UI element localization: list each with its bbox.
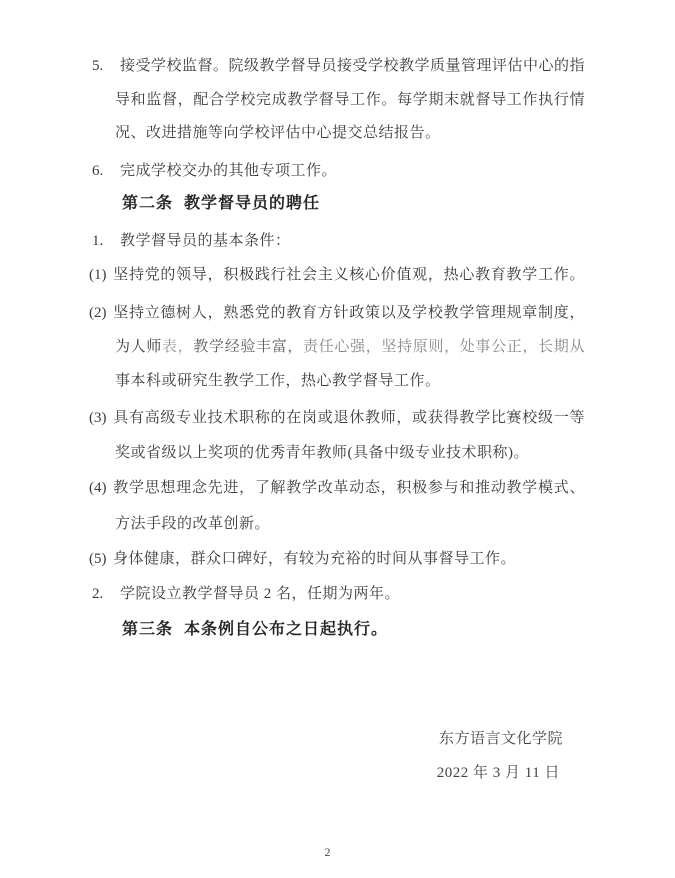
list-item-5-line-2: 导和监督，配合学校完成教学督导工作。每学期末就督导工作执行情 — [115, 90, 585, 110]
line-text: 况、改进措施等向学校评估中心提交总结报告。 — [115, 125, 441, 141]
heading-text: 教学督导员的聘任 — [184, 195, 320, 212]
item-number: (2) — [89, 303, 113, 323]
sub-item-4-line-2: 方法手段的改革创新。 — [115, 514, 585, 534]
item-number: 5. — [92, 56, 120, 76]
sub-item-1: (1)坚持党的领导，积极践行社会主义核心价值观，热心教育教学工作。 — [89, 265, 585, 285]
line-text: 导和监督，配合学校完成教学督导工作。每学期末就督导工作执行情 — [115, 92, 585, 108]
item-number: (3) — [89, 408, 113, 428]
line-text: 接受学校监督。院级教学督导员接受学校教学质量管理评估中心的指 — [120, 58, 585, 74]
section-heading-article-3: 第三条本条例自公布之日起执行。 — [122, 620, 388, 640]
sub-item-3-line-1: (3)具有高级专业技术职称的在岗或退休教师，或获得教学比赛校级一等 — [89, 408, 585, 428]
article-number: 第二条 — [122, 195, 173, 212]
list-item-1: 1.教学督导员的基本条件： — [92, 231, 585, 251]
page-number: 2 — [0, 845, 655, 860]
line-text: 事本科或研究生教学工作，热心教学督导工作。 — [115, 373, 441, 389]
line-text: 方法手段的改革创新。 — [115, 516, 270, 532]
line-text: 教学督导员的基本条件： — [120, 233, 291, 249]
line-text: 坚持党的领导，积极践行社会主义核心价值观，热心教育教学工作。 — [113, 267, 585, 283]
line-text: 学院设立教学督导员 2 名，任期为两年。 — [120, 586, 400, 602]
line-text-segment: 为人师 — [115, 339, 162, 355]
line-text: 身体健康，群众口碑好，有较为充裕的时间从事督导工作。 — [113, 551, 516, 567]
line-text: 完成学校交办的其他专项工作。 — [120, 163, 337, 179]
list-item-5-line-3: 况、改进措施等向学校评估中心提交总结报告。 — [115, 123, 585, 143]
item-number: (1) — [89, 265, 113, 285]
signature-organization: 东方语言文化学院 — [439, 727, 563, 748]
sub-item-4-line-1: (4)教学思想理念先进，了解教学改革动态，积极参与和推动教学模式、 — [89, 478, 585, 498]
item-number: 1. — [92, 231, 120, 251]
sub-item-5: (5)身体健康，群众口碑好，有较为充裕的时间从事督导工作。 — [89, 549, 585, 569]
line-text: 教学思想理念先进，了解教学改革动态，积极参与和推动教学模式、 — [113, 480, 585, 496]
item-number: (5) — [89, 549, 113, 569]
list-item-6: 6.完成学校交办的其他专项工作。 — [92, 161, 585, 181]
item-number: 2. — [92, 584, 120, 604]
document-page: 5.接受学校监督。院级教学督导员接受学校教学质量管理评估中心的指 导和监督，配合… — [0, 0, 675, 878]
line-text: 坚持立德树人，熟悉党的教育方针政策以及学校教学管理规章制度， — [113, 305, 585, 321]
heading-text: 本条例自公布之日起执行。 — [184, 621, 388, 638]
sub-item-2-line-1: (2)坚持立德树人，熟悉党的教育方针政策以及学校教学管理规章制度， — [89, 303, 585, 323]
item-number: (4) — [89, 478, 113, 498]
line-text-segment: 责任心强，坚持原则，处事公正，长期从 — [303, 339, 585, 355]
signature-date: 2022 年 3 月 11 日 — [437, 761, 560, 782]
line-text-segment: 表， — [162, 339, 193, 355]
sub-item-2-line-2: 为人师表，教学经验丰富，责任心强，坚持原则，处事公正，长期从 — [115, 337, 585, 357]
line-text-segment: 教学经验丰富， — [193, 339, 303, 355]
item-number: 6. — [92, 161, 120, 181]
sub-item-3-line-2: 奖或省级以上奖项的优秀青年教师(具备中级专业技术职称)。 — [115, 443, 585, 463]
article-number: 第三条 — [122, 621, 173, 638]
line-text: 具有高级专业技术职称的在岗或退休教师，或获得教学比赛校级一等 — [113, 410, 585, 426]
list-item-2: 2.学院设立教学督导员 2 名，任期为两年。 — [92, 584, 585, 604]
sub-item-2-line-3: 事本科或研究生教学工作，热心教学督导工作。 — [115, 371, 585, 391]
section-heading-article-2: 第二条教学督导员的聘任 — [122, 194, 320, 214]
list-item-5-line-1: 5.接受学校监督。院级教学督导员接受学校教学质量管理评估中心的指 — [92, 56, 585, 76]
line-text: 奖或省级以上奖项的优秀青年教师(具备中级专业技术职称)。 — [115, 445, 529, 461]
